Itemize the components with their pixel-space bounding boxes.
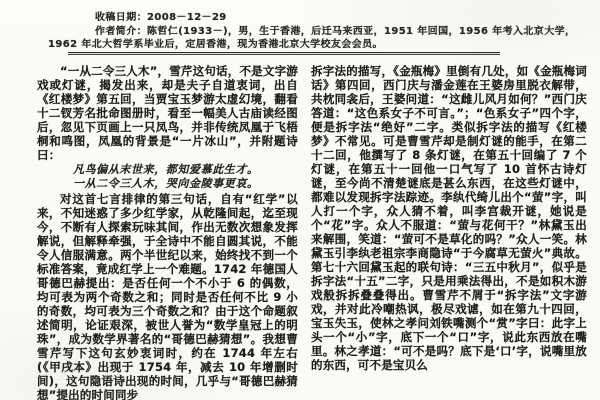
- received-date-line: 收稿日期：2008－12－29: [95, 12, 227, 24]
- right-text-column: 拆字法的描写，《金瓶梅》里倒有几处，如《金瓶梅词话》第四回，西门庆与潘金莲在王婆…: [311, 64, 587, 400]
- poem-line-2: 一从二令三人木，哭向金陵事更哀。: [37, 177, 298, 191]
- header-divider-rule: [68, 52, 500, 55]
- continuation-paragraph: 拆字法的描写，《金瓶梅》里倒有几处，如《金瓶梅词话》第四回，西门庆与潘金莲在王婆…: [311, 64, 587, 372]
- analysis-paragraph: 对这首七言排律的第三句话，自有“红学”以来，不知迷惑了多少红学家，从乾隆间起，迄…: [37, 192, 298, 400]
- author-bio-line: 作者简介：陈哲仁(1933－)，男，生于香港，后迁马来西亚，1951 年回国，1…: [95, 26, 575, 38]
- poem-line-1: 凡鸟偏从末世来，都知爱慕此生才。: [37, 163, 298, 177]
- scanned-article-page: 收稿日期：2008－12－29 作者简介：陈哲仁(1933－)，男，生于香港，后…: [0, 0, 600, 400]
- judgement-poem: 凡鸟偏从末世来，都知爱慕此生才。 一从二令三人木，哭向金陵事更哀。: [37, 163, 298, 191]
- left-text-column: “一从二令三人木”，雪芹这句话，不是文字游戏或灯谜，揭发出来，却是夫子自道衷词，…: [37, 64, 298, 400]
- opening-paragraph: “一从二令三人木”，雪芹这句话，不是文字游戏或灯谜，揭发出来，却是夫子自道衷词，…: [37, 64, 298, 162]
- author-bio-continuation-line: 1962 年北大哲学系毕业后，定居香港，现为香港北京大学校友会会员。: [48, 39, 383, 51]
